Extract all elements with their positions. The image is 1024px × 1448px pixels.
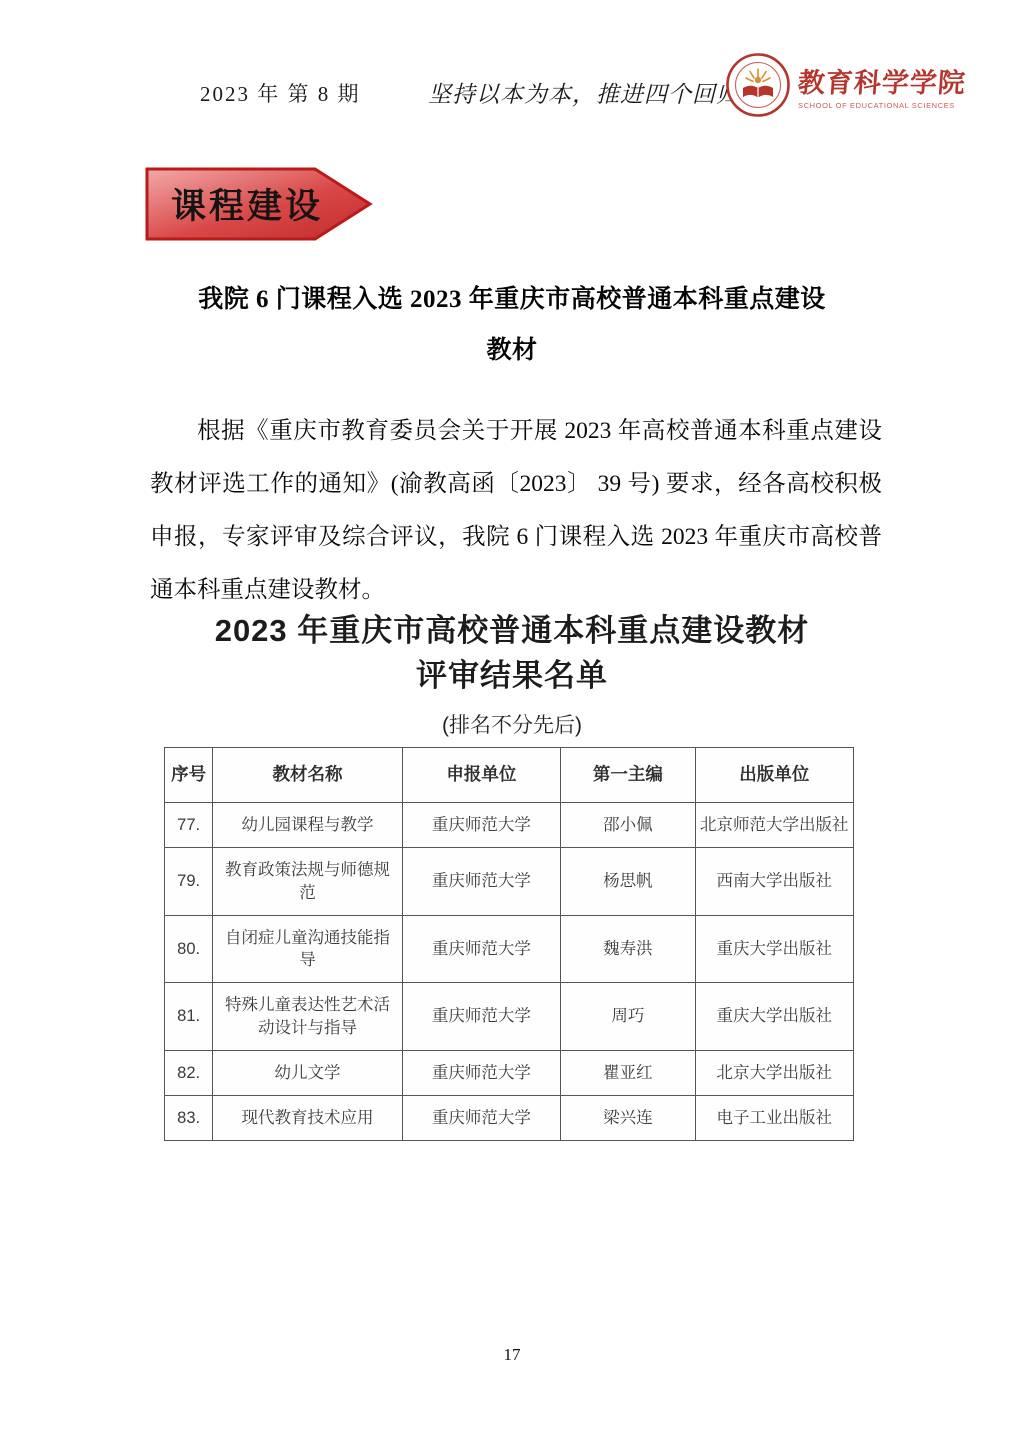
table-cell: 81. bbox=[165, 983, 213, 1051]
logo-text: 教育科学学院 SCHOOL OF EDUCATIONAL SCIENCES bbox=[798, 61, 966, 110]
table-cell: 幼儿文学 bbox=[213, 1050, 402, 1095]
table-cell: 重庆大学出版社 bbox=[695, 983, 854, 1051]
section-banner: 课程建设 bbox=[145, 166, 373, 242]
table-cell: 北京大学出版社 bbox=[695, 1050, 854, 1095]
table-header-row: 序号教材名称申报单位第一主编出版单位 bbox=[165, 748, 854, 803]
table-row: 77.幼儿园课程与教学重庆师范大学邵小佩北京师范大学出版社 bbox=[165, 803, 854, 848]
table-cell: 79. bbox=[165, 848, 213, 916]
table-cell: 杨思帆 bbox=[561, 848, 695, 916]
table-cell: 邵小佩 bbox=[561, 803, 695, 848]
logo-title-cn: 教育科学学院 bbox=[797, 61, 968, 100]
table-cell: 电子工业出版社 bbox=[695, 1096, 854, 1141]
results-title-line1: 2023 年重庆市高校普通本科重点建设教材 bbox=[147, 608, 877, 653]
results-subtitle: (排名不分先后) bbox=[147, 709, 877, 739]
table-cell: 魏寿洪 bbox=[561, 915, 695, 983]
table-cell: 重庆师范大学 bbox=[402, 915, 560, 983]
table-header-cell: 第一主编 bbox=[561, 748, 695, 803]
table-header-cell: 出版单位 bbox=[695, 748, 854, 803]
school-emblem-icon bbox=[725, 52, 791, 118]
table-cell: 80. bbox=[165, 915, 213, 983]
table-row: 80.自闭症儿童沟通技能指导重庆师范大学魏寿洪重庆大学出版社 bbox=[165, 915, 854, 983]
table-cell: 幼儿园课程与教学 bbox=[213, 803, 402, 848]
table-cell: 西南大学出版社 bbox=[695, 848, 854, 916]
table-cell: 周巧 bbox=[561, 983, 695, 1051]
table-row: 79.教育政策法规与师德规范重庆师范大学杨思帆西南大学出版社 bbox=[165, 848, 854, 916]
table-cell: 重庆师范大学 bbox=[402, 803, 560, 848]
table-cell: 重庆师范大学 bbox=[402, 1050, 560, 1095]
results-title-line2: 评审结果名单 bbox=[147, 653, 877, 698]
article-title: 我院 6 门课程入选 2023 年重庆市高校普通本科重点建设 教材 bbox=[147, 274, 877, 376]
results-table: 序号教材名称申报单位第一主编出版单位 77.幼儿园课程与教学重庆师范大学邵小佩北… bbox=[164, 747, 854, 1141]
table-cell: 83. bbox=[165, 1096, 213, 1141]
table-cell: 梁兴连 bbox=[561, 1096, 695, 1141]
table-cell: 北京师范大学出版社 bbox=[695, 803, 854, 848]
table-cell: 重庆大学出版社 bbox=[695, 915, 854, 983]
article-paragraph: 根据《重庆市教育委员会关于开展 2023 年高校普通本科重点建设教材评选工作的通… bbox=[150, 405, 882, 617]
logo-title-en: SCHOOL OF EDUCATIONAL SCIENCES bbox=[798, 101, 966, 110]
motto-text: 坚持以本为本，推进四个回归 bbox=[428, 76, 740, 109]
table-header-cell: 序号 bbox=[165, 748, 213, 803]
article-title-line1: 我院 6 门课程入选 2023 年重庆市高校普通本科重点建设 bbox=[147, 274, 877, 325]
table-cell: 重庆师范大学 bbox=[402, 983, 560, 1051]
results-table-body: 77.幼儿园课程与教学重庆师范大学邵小佩北京师范大学出版社79.教育政策法规与师… bbox=[165, 803, 854, 1141]
document-page: 2023 年 第 8 期 坚持以本为本，推进四个回归 教育科学学院 SCHOOL… bbox=[0, 0, 1024, 1448]
table-cell: 82. bbox=[165, 1050, 213, 1095]
table-cell: 瞿亚红 bbox=[561, 1050, 695, 1095]
results-heading: 2023 年重庆市高校普通本科重点建设教材 评审结果名单 (排名不分先后) bbox=[147, 608, 877, 739]
table-cell: 77. bbox=[165, 803, 213, 848]
table-header-cell: 教材名称 bbox=[213, 748, 402, 803]
page-number: 17 bbox=[0, 1345, 1024, 1365]
table-row: 82.幼儿文学重庆师范大学瞿亚红北京大学出版社 bbox=[165, 1050, 854, 1095]
table-cell: 现代教育技术应用 bbox=[213, 1096, 402, 1141]
article-title-line2: 教材 bbox=[147, 325, 877, 376]
table-cell: 教育政策法规与师德规范 bbox=[213, 848, 402, 916]
table-row: 83.现代教育技术应用重庆师范大学梁兴连电子工业出版社 bbox=[165, 1096, 854, 1141]
school-logo: 教育科学学院 SCHOOL OF EDUCATIONAL SCIENCES bbox=[725, 52, 966, 118]
issue-label: 2023 年 第 8 期 bbox=[200, 78, 361, 108]
banner-label: 课程建设 bbox=[171, 179, 323, 229]
table-cell: 自闭症儿童沟通技能指导 bbox=[213, 915, 402, 983]
table-cell: 重庆师范大学 bbox=[402, 1096, 560, 1141]
table-header-cell: 申报单位 bbox=[402, 748, 560, 803]
table-cell: 重庆师范大学 bbox=[402, 848, 560, 916]
table-row: 81.特殊儿童表达性艺术活动设计与指导重庆师范大学周巧重庆大学出版社 bbox=[165, 983, 854, 1051]
table-cell: 特殊儿童表达性艺术活动设计与指导 bbox=[213, 983, 402, 1051]
